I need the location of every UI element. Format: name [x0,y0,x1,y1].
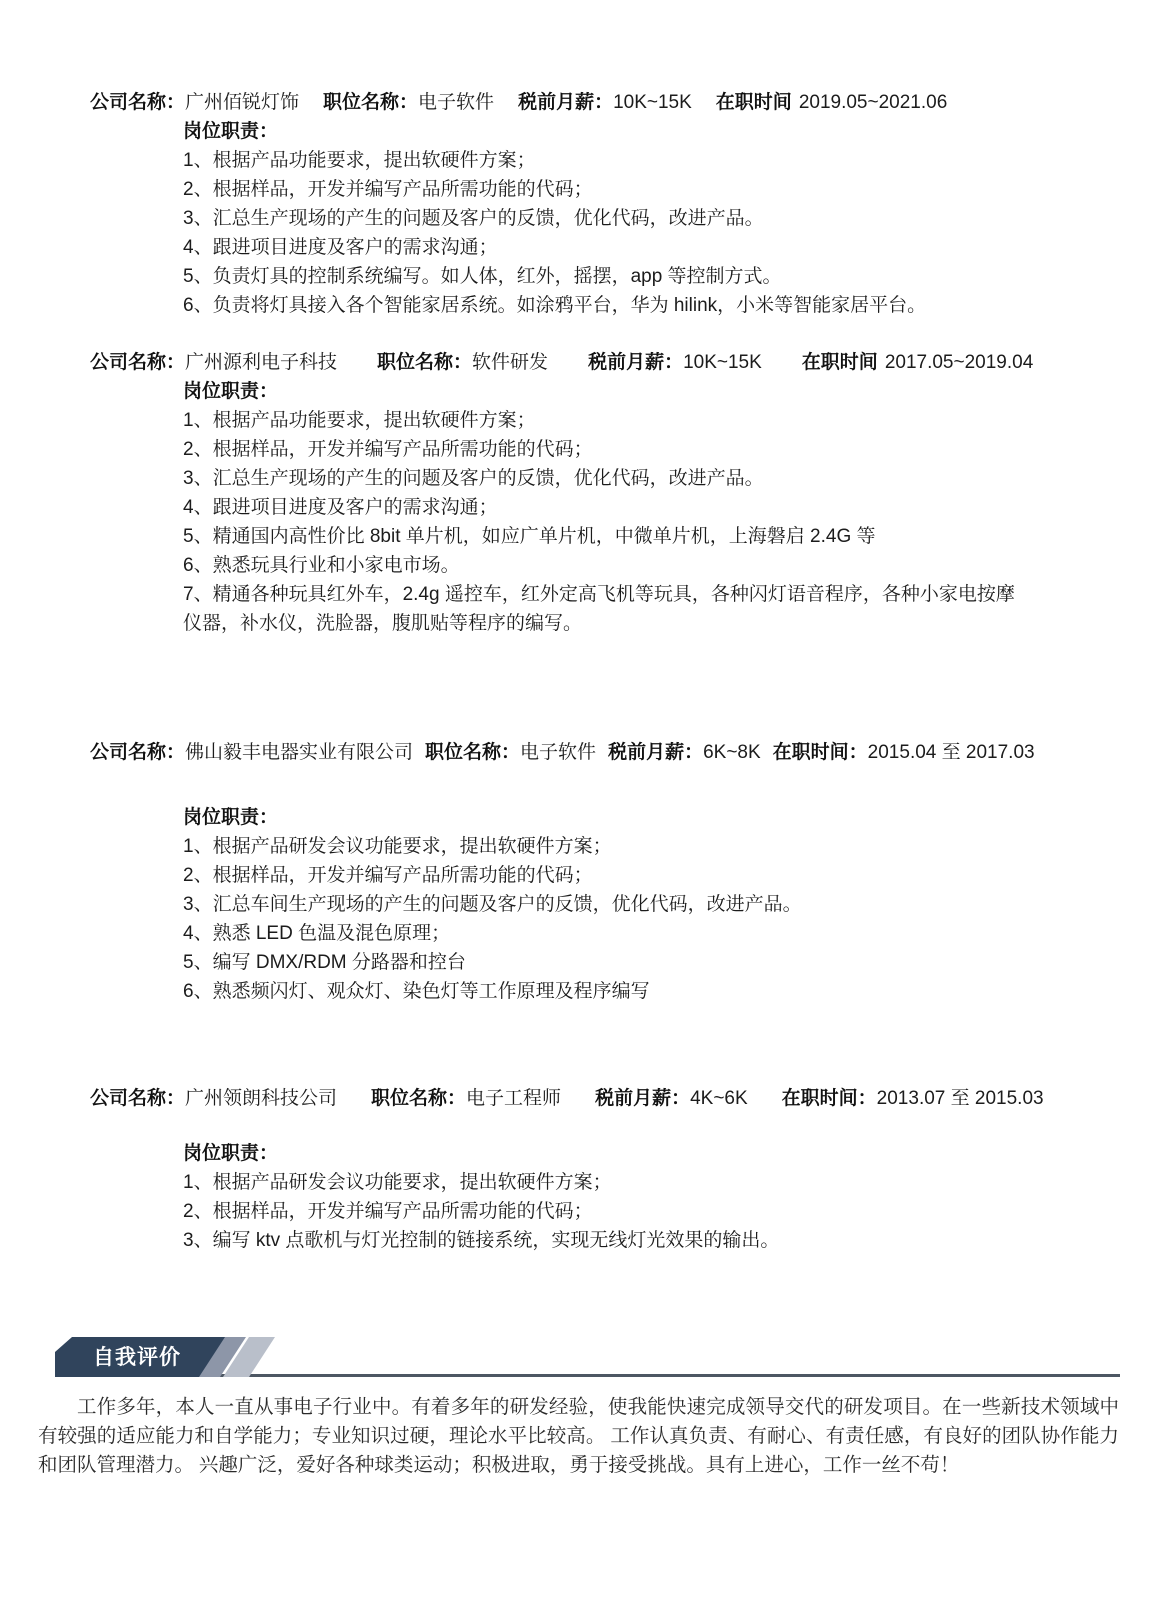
work-experience-section: 公司名称：广州佰锐灯饰 职位名称：电子软件 税前月薪：10K~15K 在职时间2… [0,0,1157,1255]
duty-item: 2、根据样品，开发并编写产品所需功能的代码； [183,175,1028,204]
company-field: 公司名称：佛山毅丰电器实业有限公司 [90,738,413,767]
duty-item: 3、汇总生产现场的产生的问题及客户的反馈，优化代码，改进产品。 [183,204,1028,233]
position-value: 软件研发 [472,352,548,373]
self-evaluation-title-banner: 自我评价 [55,1337,225,1377]
salary-field: 税前月薪：10K~15K [518,88,692,117]
company-value: 广州源利电子科技 [185,352,337,373]
experience-header: 公司名称：佛山毅丰电器实业有限公司 职位名称：电子软件 税前月薪：6K~8K 在… [0,738,1157,767]
company-field: 公司名称：广州源利电子科技 [90,348,337,377]
salary-value: 10K~15K [683,352,762,373]
position-label: 职位名称： [371,1088,466,1109]
duties-list: 1、根据产品研发会议功能要求，提出软硬件方案； 2、根据样品，开发并编写产品所需… [183,1168,1028,1255]
position-label: 职位名称： [377,352,472,373]
duty-item: 1、根据产品功能要求，提出软硬件方案； [183,406,1028,435]
self-evaluation-section-header: 自我评价 [55,1337,1120,1377]
experience-entry: 公司名称：广州源利电子科技 职位名称：软件研发 税前月薪：10K~15K 在职时… [0,348,1157,638]
company-label: 公司名称： [90,1088,185,1109]
duty-item: 3、汇总生产现场的产生的问题及客户的反馈，优化代码，改进产品。 [183,464,1028,493]
period-value: 2017.05~2019.04 [885,352,1033,373]
period-value: 2015.04 至 2017.03 [868,742,1035,763]
duty-item: 5、精通国内高性价比 8bit 单片机，如应广单片机，中微单片机，上海磐启 2.… [183,522,1028,551]
duties-label: 岗位职责： [183,803,1157,832]
duties-list: 1、根据产品研发会议功能要求，提出软硬件方案； 2、根据样品，开发并编写产品所需… [183,832,1028,1006]
duty-item: 4、跟进项目进度及客户的需求沟通； [183,493,1028,522]
period-label: 在职时间 [716,92,792,113]
duties-label: 岗位职责： [183,377,1157,406]
period-field: 在职时间：2013.07 至 2015.03 [782,1084,1044,1113]
duty-item: 1、根据产品功能要求，提出软硬件方案； [183,146,1028,175]
duty-item: 2、根据样品，开发并编写产品所需功能的代码； [183,1197,1028,1226]
salary-label: 税前月薪： [608,742,703,763]
duty-item: 5、负责灯具的控制系统编写。如人体，红外，摇摆，app 等控制方式。 [183,262,1028,291]
company-value: 广州领朗科技公司 [185,1088,337,1109]
duties-list: 1、根据产品功能要求，提出软硬件方案； 2、根据样品，开发并编写产品所需功能的代… [183,406,1028,638]
duty-item: 3、汇总车间生产现场的产生的问题及客户的反馈，优化代码，改进产品。 [183,890,1028,919]
salary-field: 税前月薪：4K~6K [595,1084,748,1113]
experience-header: 公司名称：广州佰锐灯饰 职位名称：电子软件 税前月薪：10K~15K 在职时间2… [0,88,1157,117]
duty-item: 3、编写 ktv 点歌机与灯光控制的链接系统，实现无线灯光效果的输出。 [183,1226,1028,1255]
company-label: 公司名称： [90,352,185,373]
section-title: 自我评价 [93,1347,181,1368]
position-value: 电子工程师 [466,1088,561,1109]
company-value: 佛山毅丰电器实业有限公司 [185,742,413,763]
experience-entry: 公司名称：广州佰锐灯饰 职位名称：电子软件 税前月薪：10K~15K 在职时间2… [0,88,1157,320]
duties-label: 岗位职责： [183,1139,1157,1168]
salary-label: 税前月薪： [588,352,683,373]
period-label: 在职时间 [802,352,878,373]
period-label: 在职时间： [773,742,868,763]
period-field: 在职时间2017.05~2019.04 [802,348,1033,377]
duty-item: 1、根据产品研发会议功能要求，提出软硬件方案； [183,1168,1028,1197]
company-label: 公司名称： [90,742,185,763]
position-field: 职位名称：电子软件 [323,88,494,117]
position-field: 职位名称：电子工程师 [371,1084,561,1113]
salary-field: 税前月薪：6K~8K [608,738,761,767]
salary-value: 6K~8K [703,742,761,763]
duty-item: 2、根据样品，开发并编写产品所需功能的代码； [183,435,1028,464]
duty-item: 6、熟悉频闪灯、观众灯、染色灯等工作原理及程序编写 [183,977,1028,1006]
position-field: 职位名称：电子软件 [425,738,596,767]
self-evaluation-text: 工作多年，本人一直从事电子行业中。有着多年的研发经验，使我能快速完成领导交代的研… [38,1393,1119,1480]
company-field: 公司名称：广州佰锐灯饰 [90,88,299,117]
experience-header: 公司名称：广州源利电子科技 职位名称：软件研发 税前月薪：10K~15K 在职时… [0,348,1157,377]
salary-field: 税前月薪：10K~15K [588,348,762,377]
duty-item: 4、跟进项目进度及客户的需求沟通； [183,233,1028,262]
duty-item: 4、熟悉 LED 色温及混色原理； [183,919,1028,948]
salary-value: 4K~6K [690,1088,748,1109]
position-field: 职位名称：软件研发 [377,348,548,377]
company-field: 公司名称：广州领朗科技公司 [90,1084,337,1113]
position-label: 职位名称： [425,742,520,763]
experience-entry: 公司名称：广州领朗科技公司 职位名称：电子工程师 税前月薪：4K~6K 在职时间… [0,1084,1157,1255]
company-label: 公司名称： [90,92,185,113]
duty-item: 6、熟悉玩具行业和小家电市场。 [183,551,1028,580]
salary-label: 税前月薪： [595,1088,690,1109]
experience-header: 公司名称：广州领朗科技公司 职位名称：电子工程师 税前月薪：4K~6K 在职时间… [0,1084,1157,1113]
period-label: 在职时间： [782,1088,877,1109]
duties-list: 1、根据产品功能要求，提出软硬件方案； 2、根据样品，开发并编写产品所需功能的代… [183,146,1028,320]
experience-entry: 公司名称：佛山毅丰电器实业有限公司 职位名称：电子软件 税前月薪：6K~8K 在… [0,738,1157,1006]
period-value: 2013.07 至 2015.03 [877,1088,1044,1109]
position-value: 电子软件 [418,92,494,113]
resume-page: 公司名称：广州佰锐灯饰 职位名称：电子软件 税前月薪：10K~15K 在职时间2… [0,0,1157,1600]
duty-item: 1、根据产品研发会议功能要求，提出软硬件方案； [183,832,1028,861]
salary-label: 税前月薪： [518,92,613,113]
duty-item: 6、负责将灯具接入各个智能家居系统。如涂鸦平台，华为 hilink，小米等智能家… [183,291,1028,320]
salary-value: 10K~15K [613,92,692,113]
duty-item: 5、编写 DMX/RDM 分路器和控台 [183,948,1028,977]
period-value: 2019.05~2021.06 [799,92,947,113]
company-value: 广州佰锐灯饰 [185,92,299,113]
period-field: 在职时间：2015.04 至 2017.03 [773,738,1035,767]
position-value: 电子软件 [520,742,596,763]
duty-item: 2、根据样品，开发并编写产品所需功能的代码； [183,861,1028,890]
position-label: 职位名称： [323,92,418,113]
duty-item: 7、精通各种玩具红外车，2.4g 遥控车，红外定高飞机等玩具，各种闪灯语音程序，… [183,580,1028,638]
duties-label: 岗位职责： [183,117,1157,146]
period-field: 在职时间2019.05~2021.06 [716,88,947,117]
